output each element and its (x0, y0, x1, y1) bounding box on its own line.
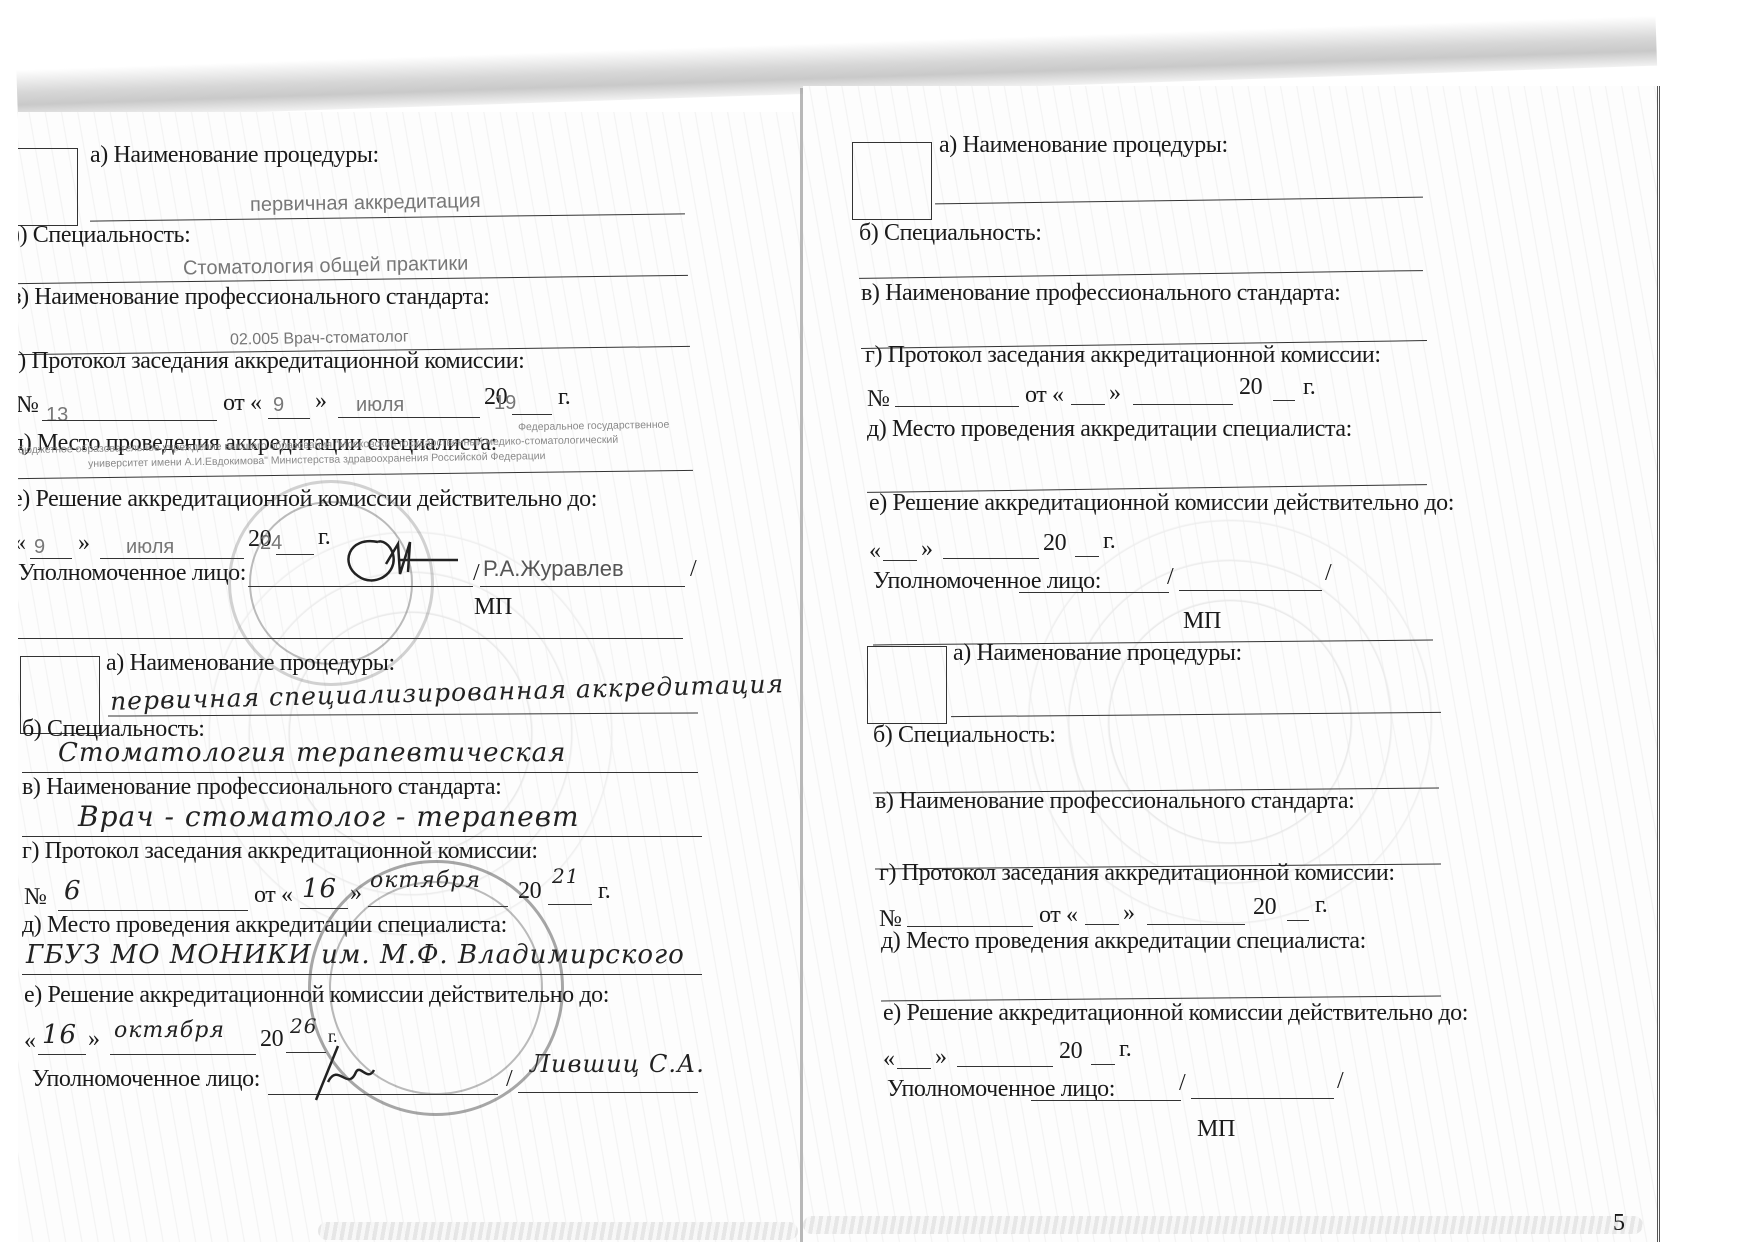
seal-stamp-2 (308, 860, 564, 1116)
decorative-ribbon (803, 1216, 1643, 1234)
protocol-number: 13 (46, 404, 68, 427)
entry-checkbox (18, 148, 78, 226)
field-line (1147, 924, 1245, 925)
year-suffix: г. (1303, 374, 1315, 401)
quote-close: » (1123, 900, 1135, 927)
slash: / (690, 556, 696, 583)
label-from: от « (1039, 902, 1078, 929)
field-line (1133, 404, 1233, 405)
field-line (100, 558, 244, 559)
field-line (943, 558, 1039, 559)
quote-close: » (935, 1044, 947, 1071)
valid-day: 16 (42, 1020, 77, 1050)
slash: / (1337, 1068, 1343, 1095)
valid-month: июля (126, 536, 174, 559)
label-protocol: г) Протокол заседания аккредитационной к… (865, 342, 1381, 369)
label-specialty: б) Специальность: (873, 722, 1056, 749)
protocol-year: 21 (552, 864, 579, 888)
value-procedure: первичная аккредитация (250, 190, 481, 217)
century: 20 (1059, 1038, 1082, 1065)
label-standard: в) Наименование профессионального станда… (861, 280, 1340, 307)
slash: / (1167, 564, 1173, 591)
field-line (22, 836, 702, 837)
seal-label: МП (1183, 608, 1221, 635)
protocol-day: 9 (273, 394, 284, 417)
label-specialty: )) Специальность: (18, 222, 190, 249)
field-line (897, 1068, 931, 1069)
field-line (268, 418, 310, 419)
quote-close: » (78, 530, 90, 557)
label-protocol: :) Протокол заседания аккредитационной к… (18, 348, 524, 375)
label-procedure: а) Наименование процедуры: (106, 650, 395, 677)
label-from: от « (254, 882, 293, 909)
entry-checkbox (867, 646, 947, 724)
year-suffix: г. (558, 384, 570, 411)
year-suffix: г. (598, 878, 610, 905)
quote-open: « (24, 1028, 36, 1055)
century: 20 (1253, 894, 1276, 921)
slash: / (473, 560, 479, 587)
century: 20 (1043, 530, 1066, 557)
quote-open: « (883, 1046, 895, 1073)
entry-3: а) Наименование процедуры: б) Специально… (803, 86, 1653, 686)
label-from: от « (223, 390, 262, 417)
field-line (859, 270, 1423, 279)
year-suffix: г. (1315, 892, 1327, 919)
field-line (1179, 590, 1322, 591)
right-page: а) Наименование процедуры: б) Специально… (803, 86, 1660, 1242)
label-standard: в) Наименование профессионального станда… (875, 788, 1354, 815)
field-line (907, 926, 1033, 927)
field-line (480, 586, 685, 587)
field-line (22, 772, 698, 773)
authorized-name: Р.А.Журавлев (483, 556, 624, 582)
field-line (935, 197, 1423, 205)
slash: / (1325, 560, 1331, 587)
century: 20 (260, 1026, 283, 1053)
label-place: д) Место проведения аккредитации специал… (867, 416, 1352, 443)
slash: / (1179, 1070, 1185, 1097)
value-standard: Врач - стоматолог - терапевт (78, 800, 580, 833)
field-line (1273, 400, 1295, 401)
value-standard: 02.005 Врач-стоматолог (230, 328, 409, 349)
field-line (1085, 924, 1119, 925)
label-procedure: а) Наименование процедуры: (90, 142, 379, 169)
field-line (1191, 1098, 1334, 1099)
label-procedure: а) Наименование процедуры: (953, 640, 1242, 667)
entry-1: а) Наименование процедуры: первичная акк… (18, 112, 803, 712)
label-authorized: Уполномоченное лицо: (32, 1066, 260, 1093)
field-line (338, 417, 480, 418)
quote-close: » (315, 388, 327, 415)
label-authorized: Уполномоченное лицо: (887, 1076, 1115, 1103)
label-valid-until: е) Решение аккредитационной комиссии дей… (869, 490, 1454, 517)
label-authorized: Уполномоченное лицо: (873, 568, 1101, 595)
valid-day: 9 (34, 536, 45, 559)
value-specialty: Стоматология общей практики (183, 253, 469, 281)
protocol-day: 16 (302, 874, 337, 904)
field-line (58, 910, 248, 911)
label-protocol: г) Протокол заседания аккредитационной к… (879, 860, 1395, 887)
signature-line (1019, 592, 1169, 593)
field-line (1075, 556, 1099, 557)
field-line (895, 406, 1019, 407)
quote-close: » (88, 1026, 100, 1053)
seal-label: МП (474, 594, 512, 621)
field-line (1287, 920, 1309, 921)
label-procedure: а) Наименование процедуры: (939, 132, 1228, 159)
field-line (110, 1054, 256, 1055)
protocol-year: 19 (494, 392, 516, 415)
entry-checkbox (852, 142, 932, 220)
protocol-row: № (18, 392, 39, 419)
quote-open: « (18, 530, 26, 557)
entry-2: а) Наименование процедуры: первичная спе… (18, 642, 803, 1242)
page-number: 5 (1613, 1210, 1625, 1237)
label-authorized: Уполномоченное лицо: (18, 560, 246, 587)
quote-open: « (869, 538, 881, 565)
entry-4: а) Наименование процедуры: б) Специально… (803, 646, 1653, 1242)
authorized-name: Лившиц С.А. (530, 1050, 705, 1078)
field-line (518, 1092, 698, 1093)
decorative-ribbon (318, 1222, 798, 1240)
century: 20 (1239, 374, 1262, 401)
field-line (548, 904, 592, 905)
label-place: д) Место проведения аккредитации специал… (881, 928, 1366, 955)
field-line (512, 414, 552, 415)
field-line (1071, 404, 1105, 405)
field-line (957, 1066, 1053, 1067)
label-valid-until: е) Решение аккредитационной комиссии дей… (883, 1000, 1468, 1027)
value-place-1: Федеральное государственное (518, 419, 669, 434)
field-line (30, 558, 72, 559)
field-line (1091, 1064, 1115, 1065)
field-line (42, 420, 217, 421)
protocol-month: июля (356, 394, 404, 417)
number-sign: № (867, 386, 890, 413)
signature-line (1031, 1100, 1181, 1101)
protocol-number: 6 (64, 876, 82, 906)
year-suffix: г. (1119, 1036, 1131, 1063)
value-specialty: Стоматология терапевтическая (58, 738, 566, 768)
quote-close: » (1109, 380, 1121, 407)
field-line (18, 470, 693, 479)
year-suffix: г. (1103, 528, 1115, 555)
label-standard: з) Наименование профессионального станда… (18, 284, 489, 311)
number-sign: № (18, 392, 39, 418)
quote-close: » (921, 536, 933, 563)
seal-label: МП (1197, 1116, 1235, 1143)
label-specialty: б) Специальность: (859, 220, 1042, 247)
field-line (951, 712, 1441, 717)
label-standard: в) Наименование профессионального станда… (22, 774, 501, 801)
number-sign: № (24, 884, 47, 911)
label-from: от « (1025, 382, 1064, 409)
field-line (883, 560, 917, 561)
field-line (38, 1054, 86, 1055)
left-page: а) Наименование процедуры: первичная акк… (18, 112, 803, 1242)
valid-month: октября (114, 1018, 225, 1043)
label-protocol: г) Протокол заседания аккредитационной к… (22, 838, 538, 865)
